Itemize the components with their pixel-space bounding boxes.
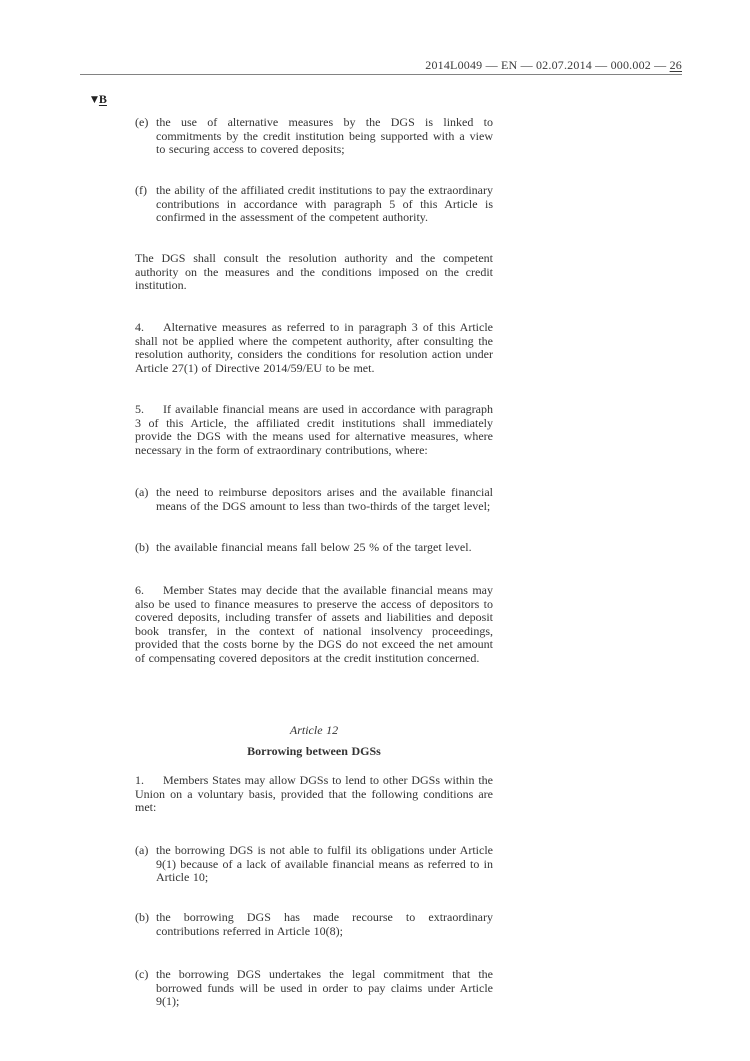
paragraph-text: Members States may allow DGSs to lend to… [135,773,493,814]
list-item-label: (c) [135,968,148,982]
list-item-label: (a) [135,486,148,500]
paragraph-text: The DGS shall consult the resolution aut… [135,251,493,292]
list-item-12a: (a) the borrowing DGS is not able to ful… [135,844,493,885]
list-item-text: the borrowing DGS undertakes the legal c… [156,967,493,1008]
paragraph-number: 1. [135,774,144,788]
article-heading: Article 12 [135,724,493,738]
paragraph-6: 6.Member States may decide that the avai… [135,584,493,666]
paragraph-text: Member States may decide that the availa… [135,583,493,665]
list-item-text: the use of alternative measures by the D… [156,115,493,156]
page-header: 2014L0049 — EN — 02.07.2014 — 000.002 — … [80,58,682,75]
paragraph-text: Alternative measures as referred to in p… [135,320,493,375]
change-marker: ▼B [91,92,107,107]
triangle-down-icon: ▼ [91,95,99,105]
paragraph-5: 5.If available financial means are used … [135,403,493,457]
page-number: 26 [670,58,682,72]
article-title: Borrowing between DGSs [135,745,493,759]
list-item-text: the available financial means fall below… [156,540,472,554]
paragraph-text: If available financial means are used in… [135,402,493,457]
list-item-12b: (b) the borrowing DGS has made recourse … [135,911,493,938]
paragraph-number: 4. [135,321,144,335]
list-item-label: (e) [135,116,148,130]
paragraph-4: 4.Alternative measures as referred to in… [135,321,493,375]
list-item-text: the need to reimburse depositors arises … [156,485,493,513]
paragraph-consult: The DGS shall consult the resolution aut… [135,252,493,293]
paragraph-1: 1.Members States may allow DGSs to lend … [135,774,493,815]
list-item-e: (e) the use of alternative measures by t… [135,116,493,157]
list-item-text: the borrowing DGS is not able to fulfil … [156,843,493,884]
list-item-label: (b) [135,541,149,555]
list-item-12c: (c) the borrowing DGS undertakes the leg… [135,968,493,1009]
document-page: 2014L0049 — EN — 02.07.2014 — 000.002 — … [0,0,750,1061]
list-item-f: (f) the ability of the affiliated credit… [135,184,493,225]
list-item-5b: (b) the available financial means fall b… [135,541,493,555]
list-item-text: the borrowing DGS has made recourse to e… [156,910,493,938]
list-item-label: (b) [135,911,149,925]
paragraph-number: 6. [135,584,144,598]
list-item-label: (a) [135,844,148,858]
document-reference: 2014L0049 — EN — 02.07.2014 — 000.002 — [425,58,666,72]
list-item-5a: (a) the need to reimburse depositors ari… [135,486,493,513]
list-item-label: (f) [135,184,147,198]
list-item-text: the ability of the affiliated credit ins… [156,183,493,224]
change-marker-label: B [99,92,107,106]
paragraph-number: 5. [135,403,144,417]
